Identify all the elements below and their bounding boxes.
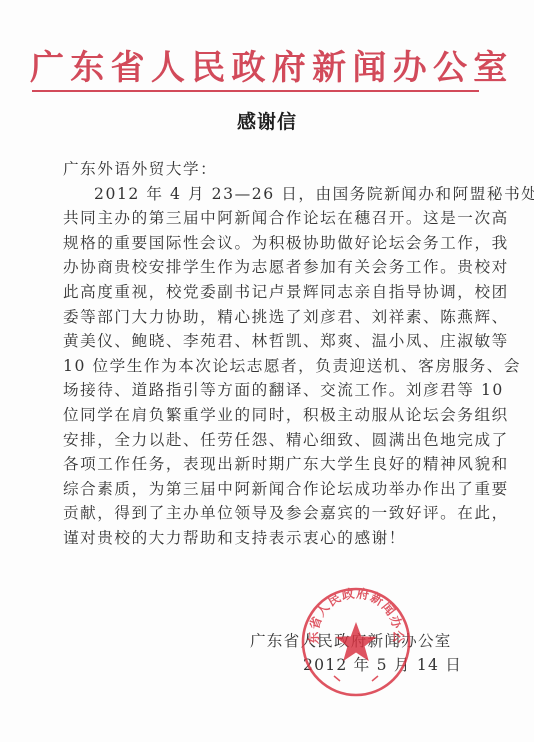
body-line: 办协商贵校安排学生作为志愿者参加有关会务工作。贵校对 <box>63 255 475 280</box>
body-line: 谨对贵校的大力帮助和支持表示衷心的感谢！ <box>63 526 475 551</box>
letterhead-title: 广东省人民政府新闻办公室 <box>30 48 482 88</box>
letter-body: 广东外语外贸大学： 2012 年 4 月 23—26 日，由国务院新闻办和阿盟秘… <box>63 157 475 551</box>
signature: 广东省人民政府新闻办公室 <box>250 629 452 651</box>
document-title: 感谢信 <box>0 107 534 134</box>
body-line: 综合素质，为第三届中阿新闻合作论坛成功举办作出了重要 <box>63 477 475 502</box>
body-line: 2012 年 4 月 23—26 日，由国务院新闻办和阿盟秘书处 <box>63 182 475 207</box>
body-line: 共同主办的第三届中阿新闻合作论坛在穗召开。这是一次高 <box>63 206 475 231</box>
body-line: 场接待、道路指引等方面的翻译、交流工作。刘彦君等 10 <box>63 378 475 403</box>
body-line: 委等部门大力协助，精心挑选了刘彦君、刘祥素、陈燕辉、 <box>63 305 475 330</box>
letterhead-divider <box>32 90 479 92</box>
body-line: 贡献，得到了主办单位领导及参会嘉宾的一致好评。在此， <box>63 501 475 526</box>
body-line: 各项工作任务，表现出新时期广东大学生良好的精神风貌和 <box>63 452 475 477</box>
body-line: 位同学在肩负繁重学业的同时，积极主动服从论坛会务组织 <box>63 403 475 428</box>
body-line: 安排，全力以赴、任劳任怨、精心细致、圆满出色地完成了 <box>63 428 475 453</box>
letter-page: 广东省人民政府新闻办公室 感谢信 广东外语外贸大学： 2012 年 4 月 23… <box>0 0 534 742</box>
body-line: 黄美仪、鲍晓、李苑君、林哲凯、郑爽、温小凤、庄淑敏等 <box>63 329 475 354</box>
body-line: 此高度重视，校党委副书记卢景辉同志亲自指导协调，校团 <box>63 280 475 305</box>
signature-date: 2012 年 5 月 14 日 <box>303 653 462 675</box>
body-line: 10 位学生作为本次论坛志愿者，负责迎送机、客房服务、会 <box>63 354 475 379</box>
salutation: 广东外语外贸大学： <box>63 157 475 182</box>
body-line: 规格的重要国际性会议。为积极协助做好论坛会务工作，我 <box>63 231 475 256</box>
